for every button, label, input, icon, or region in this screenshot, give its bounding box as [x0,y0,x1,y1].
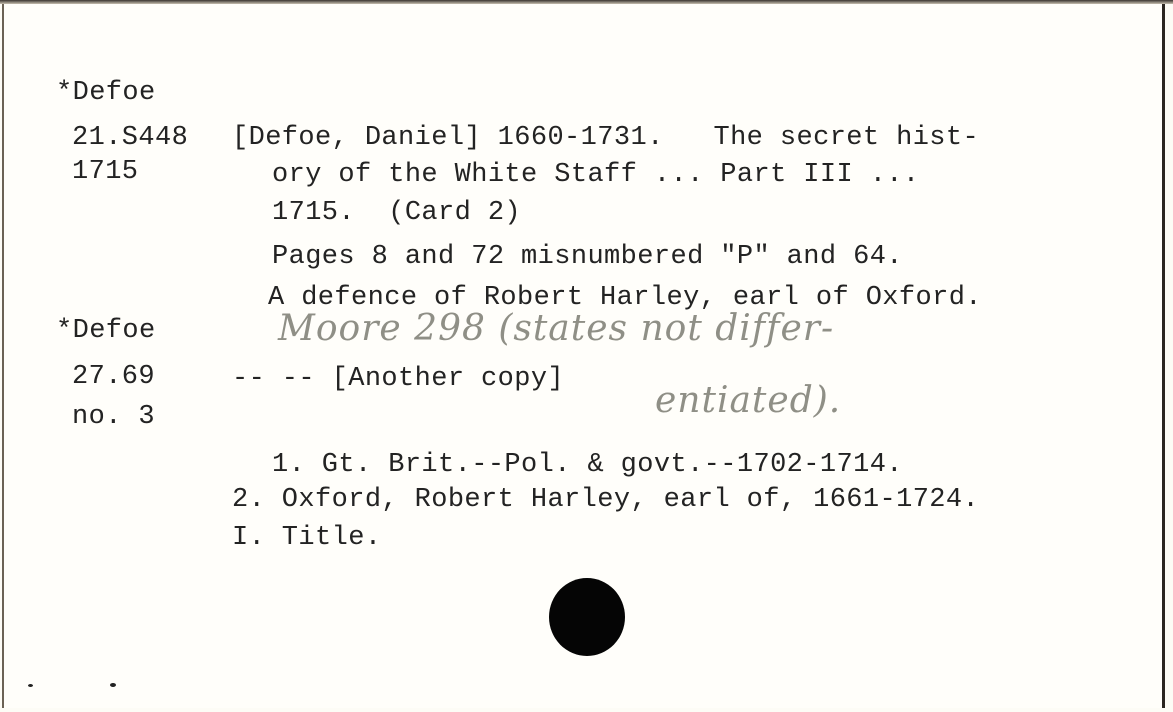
title-continuation: ory of the White Staff ... Part III ... [272,160,920,190]
handwritten-note-line-1: Moore 298 (states not differ- [278,308,834,349]
tracing-subject-2: 2. Oxford, Robert Harley, earl of, 1661-… [232,485,979,515]
card-punch-hole [549,578,625,656]
main-entry-heading: [Defoe, Daniel] 1660-1731. The secret hi… [232,123,979,153]
ink-speck [110,683,116,687]
another-copy-entry: -- -- [Another copy] [232,364,564,394]
call-number-1-line-2: 21.S448 [72,123,188,153]
call-number-1-line-1: *Defoe [56,78,156,108]
call-number-2-line-3: no. 3 [72,402,155,432]
handwritten-note-line-2: entiated). [655,380,841,421]
call-number-2-line-1: *Defoe [56,316,156,346]
tracing-subject-1: 1. Gt. Brit.--Pol. & govt.--1702-1714. [272,450,903,480]
call-number-1-line-3: 1715 [72,157,138,187]
imprint-line: 1715. (Card 2) [272,198,521,228]
call-number-2-line-2: 27.69 [72,362,155,392]
collation-note: Pages 8 and 72 misnumbered "P" and 64. [272,242,903,272]
tracing-title: I. Title. [232,523,381,553]
ink-speck [28,684,33,687]
